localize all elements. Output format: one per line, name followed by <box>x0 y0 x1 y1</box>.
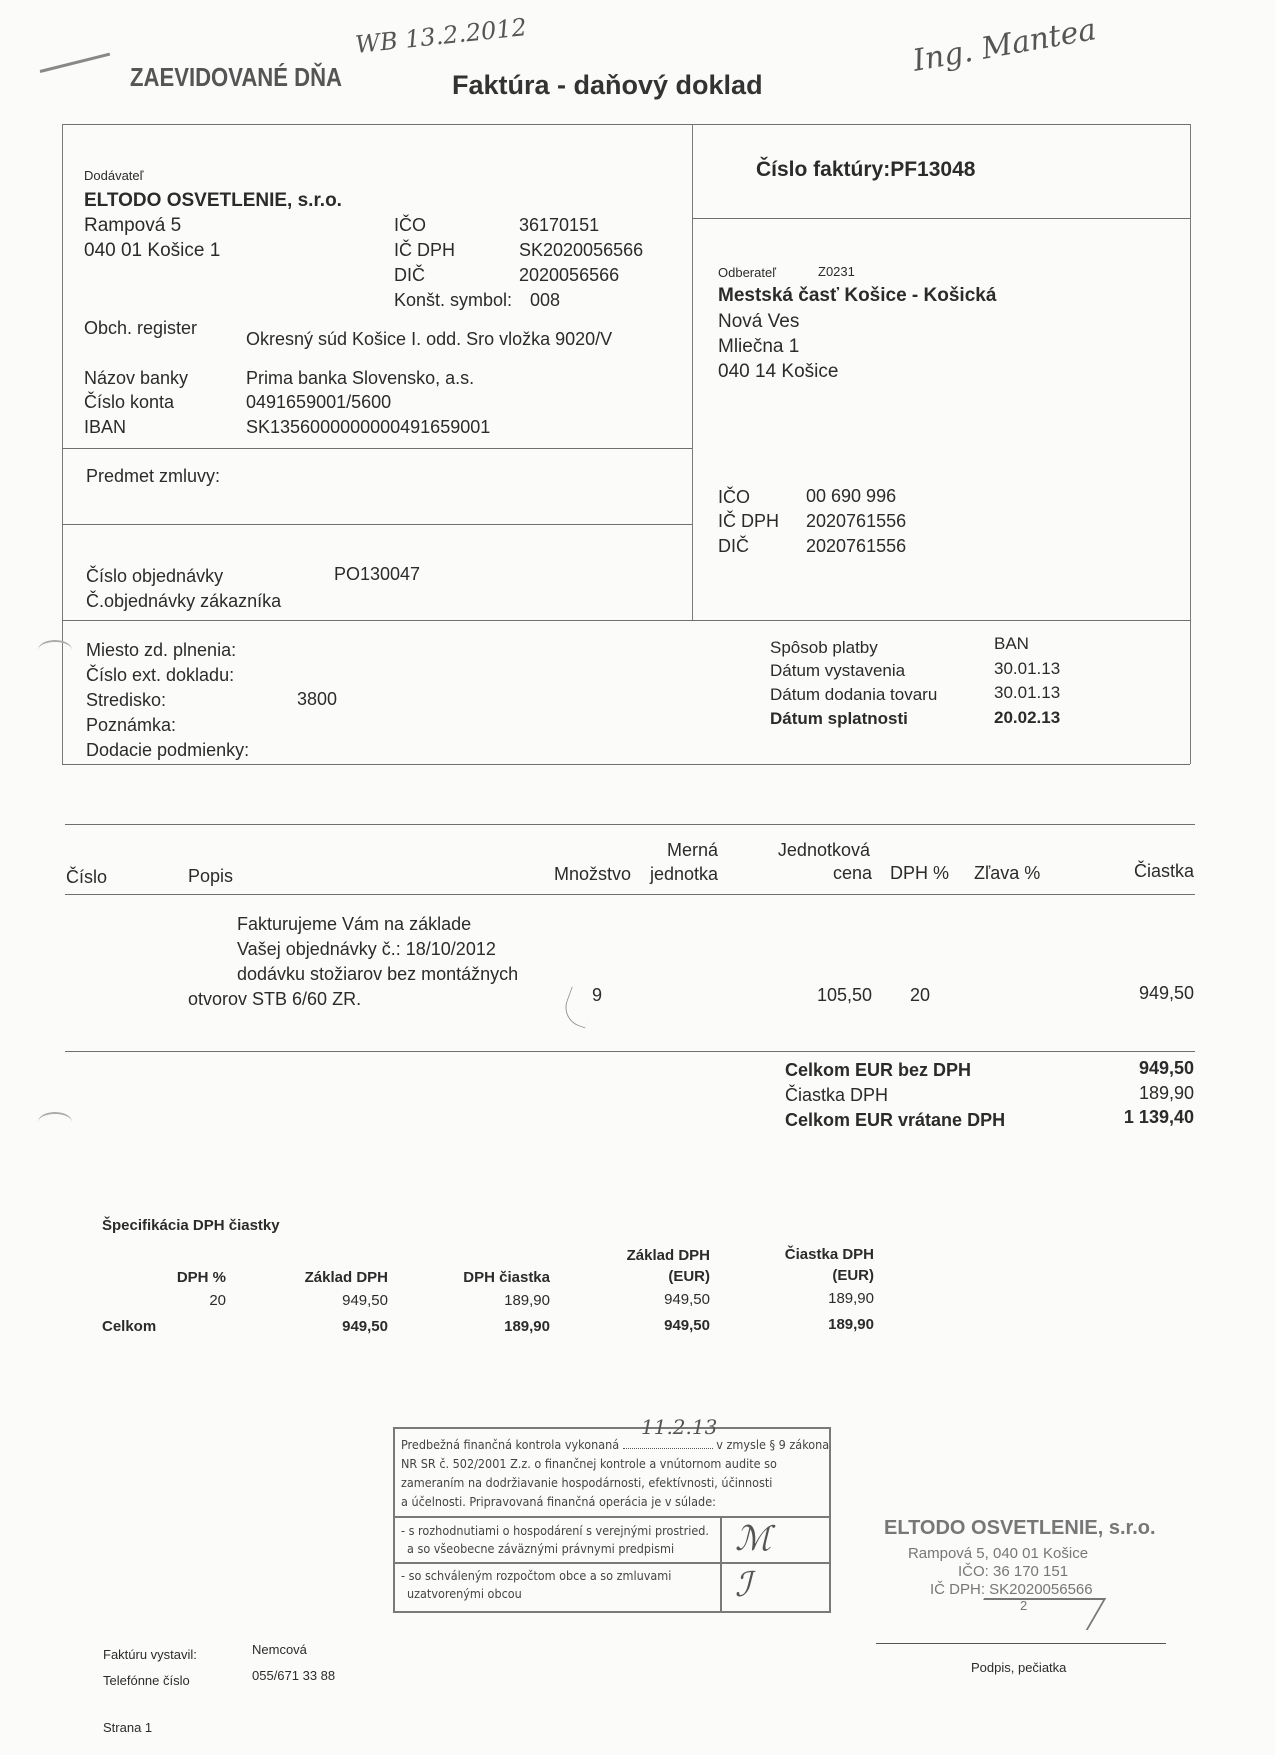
customer-line2: Nová Ves <box>718 311 799 333</box>
register-value: Okresný súd Košice I. odd. Sro vložka 90… <box>246 329 612 350</box>
customer-dic-value: 2020761556 <box>806 536 906 557</box>
customer-city: 040 14 Košice <box>718 361 838 383</box>
handwritten-signature: Ing. Mantea <box>910 12 1098 79</box>
signature-line <box>876 1643 1166 1644</box>
phone-value: 055/671 33 88 <box>252 1668 335 1683</box>
table-top-rule <box>65 824 1195 825</box>
account-label: Číslo konta <box>84 392 174 413</box>
customer-ico-value: 00 690 996 <box>806 486 896 507</box>
box-bottom-border <box>62 764 1190 765</box>
contract-subject-label: Predmet zmluvy: <box>86 466 220 487</box>
col-header-zlava: Zľava % <box>974 863 1040 884</box>
invoice-number-label: Číslo faktúry: <box>756 158 890 181</box>
payment-method-label: Spôsob platby <box>770 638 878 658</box>
vat-row-zaklad: 949,50 <box>250 1292 388 1309</box>
item-description-line: Fakturujeme Vám na základe <box>237 914 471 935</box>
order-number-label: Číslo objednávky <box>86 566 223 587</box>
due-date-value: 20.02.13 <box>994 708 1060 728</box>
stamp-item-2: - so schváleným rozpočtom obce a so zmlu… <box>401 1568 671 1583</box>
delivery-date-value: 30.01.13 <box>994 683 1060 703</box>
item-quantity: 9 <box>592 985 602 1006</box>
col-header-merna-1: Merná <box>630 840 718 861</box>
supplier-icdph-label: IČ DPH <box>394 240 455 261</box>
due-date-label: Dátum splatnosti <box>770 709 908 729</box>
company-stamp-name: ELTODO OSVETLENIE, s.r.o. <box>884 1517 1156 1540</box>
customer-code: Z0231 <box>818 264 855 279</box>
customer-street: Mliečna 1 <box>718 336 799 358</box>
account-value: 0491659001/5600 <box>246 392 391 413</box>
page-number: Strana 1 <box>103 1720 152 1735</box>
supplier-dic-value: 2020056566 <box>519 265 619 286</box>
document-title: Faktúra - daňový doklad <box>452 70 763 101</box>
stamp-item-1b: a so všeobecne záväznými právnymi predpi… <box>407 1541 674 1556</box>
order-number-value: PO130047 <box>334 564 420 585</box>
issued-by-value: Nemcová <box>252 1642 307 1657</box>
vat-total-ciastka-eur: 189,90 <box>730 1316 874 1333</box>
issued-by-label: Faktúru vystavil: <box>103 1647 197 1662</box>
bank-name-label: Názov banky <box>84 368 188 389</box>
invoice-number-value: PF13048 <box>890 158 975 181</box>
vat-col-dph: DPH % <box>140 1269 226 1286</box>
phone-label: Telefónne číslo <box>103 1673 190 1688</box>
vat-total-label: Celkom <box>102 1318 156 1335</box>
supplier-street: Rampová 5 <box>84 215 181 237</box>
customer-ico-label: IČO <box>718 487 750 508</box>
company-stamp-ico: IČO: 36 170 151 <box>958 1563 1068 1580</box>
col-header-mnozstvo: Množstvo <box>554 864 631 885</box>
table-header-rule <box>65 894 1195 895</box>
signature-label: Podpis, pečiatka <box>971 1660 1066 1675</box>
vat-col-zaklad-eur-2: (EUR) <box>570 1268 710 1285</box>
customer-name: Mestská časť Košice - Košická <box>718 285 996 307</box>
customer-icdph-label: IČ DPH <box>718 511 779 532</box>
vat-total-dph-ciastka: 189,90 <box>410 1318 550 1335</box>
bank-name-value: Prima banka Slovensko, a.s. <box>246 368 474 389</box>
stamp-item-2b: uzatvorenými obcou <box>407 1586 522 1601</box>
customer-label: Odberateľ <box>718 265 776 280</box>
box-left-border <box>62 124 63 764</box>
vat-row-dph-ciastka: 189,90 <box>410 1292 550 1309</box>
initials-signature: ℐ <box>735 1565 751 1605</box>
iban-value: SK1356000000000491659001 <box>246 417 490 438</box>
detail-center-value: 3800 <box>297 689 337 710</box>
total-vat-label: Čiastka DPH <box>785 1085 888 1106</box>
delivery-date-label: Dátum dodania tovaru <box>770 685 937 705</box>
issue-date-value: 30.01.13 <box>994 659 1060 679</box>
vat-col-ciastka-eur-1: Čiastka DPH <box>730 1246 874 1263</box>
box-top-border <box>62 124 1190 125</box>
total-net-label: Celkom EUR bez DPH <box>785 1060 971 1081</box>
supplier-city: 040 01 Košice 1 <box>84 240 220 262</box>
vat-row-ciastka-eur: 189,90 <box>730 1290 874 1307</box>
total-gross-value: 1 139,40 <box>1060 1107 1194 1128</box>
col-header-popis: Popis <box>188 866 233 887</box>
stamp-row-divider <box>395 1562 829 1564</box>
handwritten-control-date: 11.2.13 <box>641 1415 717 1439</box>
stamp-strike-mark <box>40 53 111 73</box>
item-vat: 20 <box>910 985 930 1006</box>
supplier-label: Dodávateľ <box>84 168 143 183</box>
detail-place-label: Miesto zd. plnenia: <box>86 640 236 661</box>
detail-ext-doc-label: Číslo ext. dokladu: <box>86 665 234 686</box>
detail-center-label: Stredisko: <box>86 690 166 711</box>
punch-hole-mark <box>38 640 72 660</box>
detail-delivery-label: Dodacie podmienky: <box>86 740 249 761</box>
supplier-name: ELTODO OSVETLENIE, s.r.o. <box>84 190 342 212</box>
col-header-dph: DPH % <box>890 863 949 884</box>
vat-spec-title: Špecifikácia DPH čiastky <box>102 1217 280 1234</box>
supplier-ico-value: 36170151 <box>519 215 599 236</box>
vat-total-zaklad: 949,50 <box>250 1318 388 1335</box>
col-header-ciastka: Čiastka <box>1080 861 1194 882</box>
stamp-line: a účelnosti. Pripravovaná finančná operá… <box>401 1494 716 1509</box>
register-label: Obch. register <box>84 318 197 339</box>
col-header-cislo: Číslo <box>66 867 107 888</box>
supplier-dic-label: DIČ <box>394 265 425 286</box>
customer-icdph-value: 2020761556 <box>806 511 906 532</box>
supplier-icdph-value: SK2020056566 <box>519 240 643 261</box>
vat-col-dph-ciastka: DPH čiastka <box>410 1269 550 1286</box>
customer-dic-label: DIČ <box>718 536 749 557</box>
invoice-number: Číslo faktúry:PF13048 <box>756 158 975 182</box>
financial-control-stamp: Predbežná finančná kontrola vykonaná v z… <box>393 1427 831 1613</box>
item-description-line: otvorov STB 6/60 ZR. <box>188 989 361 1010</box>
vat-col-zaklad: Základ DPH <box>250 1269 388 1286</box>
initials-signature: ℳ <box>735 1519 771 1559</box>
detail-note-label: Poznámka: <box>86 715 176 736</box>
subject-divider <box>62 524 692 525</box>
stamp-row-divider <box>395 1516 829 1518</box>
bank-divider <box>62 448 692 449</box>
item-description-line: dodávku stožiarov bez montážnych <box>237 964 518 985</box>
vat-total-zaklad-eur: 949,50 <box>570 1317 710 1334</box>
col-header-cena-2: cena <box>780 863 872 884</box>
box-right-border <box>1190 124 1191 764</box>
item-amount: 949,50 <box>1080 983 1194 1004</box>
signature-scribble <box>966 1598 1106 1630</box>
stamp-line: NR SR č. 502/2001 Z.z. o finančnej kontr… <box>401 1456 777 1471</box>
box-middle-divider <box>692 124 693 620</box>
item-unit-price: 105,50 <box>780 985 872 1006</box>
item-description-line: Vašej objednávky č.: 18/10/2012 <box>237 939 496 960</box>
stamp-line: Predbežná finančná kontrola vykonaná v z… <box>401 1437 829 1452</box>
col-header-cena-1: Jednotková <box>740 840 870 861</box>
payment-method-value: BAN <box>994 634 1029 654</box>
company-stamp-address: Rampová 5, 040 01 Košice <box>870 1545 1126 1562</box>
vat-row-zaklad-eur: 949,50 <box>570 1291 710 1308</box>
konst-symbol-value: 008 <box>530 290 560 311</box>
total-gross-label: Celkom EUR vrátane DPH <box>785 1110 1005 1131</box>
total-vat-value: 189,90 <box>1060 1083 1194 1104</box>
iban-label: IBAN <box>84 417 126 438</box>
table-bottom-rule <box>65 1051 1195 1052</box>
customer-order-label: Č.objednávky zákazníka <box>86 591 281 612</box>
vat-col-zaklad-eur-1: Základ DPH <box>570 1247 710 1264</box>
stamp-line: zameraním na dodržiavanie hospodárnosti,… <box>401 1475 772 1490</box>
vat-row-dph: 20 <box>140 1292 226 1309</box>
received-stamp: ZAEVIDOVANÉ DŇA <box>130 62 342 93</box>
punch-hole-mark <box>38 1112 72 1132</box>
company-stamp-icdph: IČ DPH: SK2020056566 <box>930 1581 1093 1598</box>
total-net-value: 949,50 <box>1060 1058 1194 1079</box>
col-header-merna-2: jednotka <box>650 864 718 885</box>
supplier-ico-label: IČO <box>394 215 426 236</box>
invoice-number-divider <box>692 218 1190 219</box>
vat-col-ciastka-eur-2: (EUR) <box>730 1267 874 1284</box>
details-divider <box>62 620 1190 621</box>
konst-symbol-label: Konšt. symbol: <box>394 290 512 311</box>
handwritten-note: WB 13.2.2012 <box>354 13 528 59</box>
issue-date-label: Dátum vystavenia <box>770 661 905 681</box>
stamp-item-1: - s rozhodnutiami o hospodárení s verejn… <box>401 1523 709 1538</box>
